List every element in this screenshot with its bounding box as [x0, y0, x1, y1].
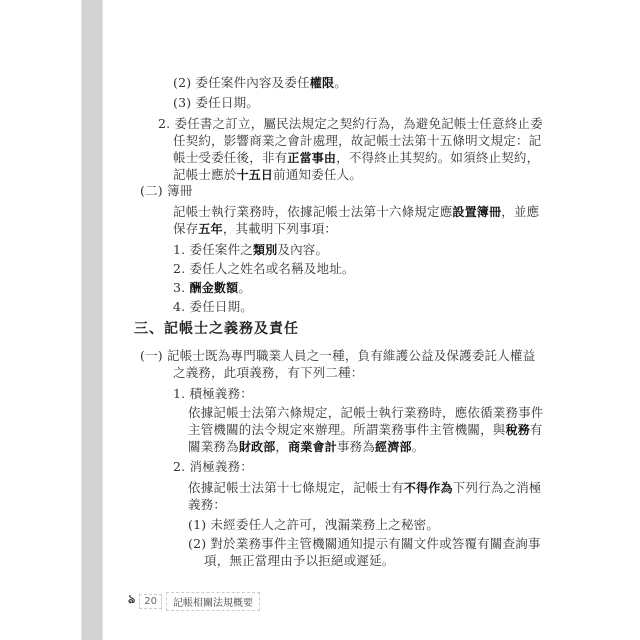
- negative-duty-item-2a: (2) 對於業務事件主管機關通知提示有關文件或答覆有關查詢事: [188, 535, 541, 552]
- body-text: 之義務，此項義務，有下列二種：: [173, 365, 364, 380]
- positive-duty-3: 關業務為財政部，商業會計事務為經濟部。: [188, 438, 424, 456]
- page-gutter: [81, 0, 103, 640]
- body-text: 保存: [173, 221, 198, 236]
- emphasis-text: 設置簿冊: [452, 205, 501, 219]
- body-text: (3) 委任日期。: [173, 95, 259, 110]
- negative-duty-item-2b: 項，無正當理由予以拒絕或遲延。: [204, 552, 395, 569]
- body-text: 。: [238, 280, 251, 295]
- body-text: 依據記帳士法第六條規定，記帳士執行業務時，應依循業務事件: [188, 405, 544, 420]
- body-text: 義務：: [188, 497, 226, 512]
- negative-duty-1: 依據記帳士法第十七條規定，記帳士有不得作為下列行為之消極: [188, 479, 542, 497]
- body-text: (二) 簿冊: [140, 183, 192, 198]
- body-text: 2. 委任人之姓名或名稱及地址。: [173, 261, 355, 276]
- item-scope: (2) 委任案件內容及委任權限。: [173, 74, 347, 92]
- emphasis-text: 財政部: [239, 440, 276, 454]
- positive-duty-1: 依據記帳士法第六條規定，記帳士執行業務時，應依循業務事件: [188, 404, 544, 421]
- body-text: (2) 對於業務事件主管機關通知提示有關文件或答覆有關查詢事: [188, 536, 541, 551]
- item-date: (3) 委任日期。: [173, 94, 259, 111]
- books-item-1: 1. 委任案件之類別及內容。: [173, 241, 328, 259]
- body-text: ，並應: [501, 204, 539, 219]
- emphasis-text: 經濟部: [375, 440, 412, 454]
- paragraph-duties-1: (一) 記帳士既為專門職業人員之一種，負有維護公益及保護委託人權益: [140, 347, 535, 364]
- body-text: 1. 積極義務：: [173, 386, 253, 401]
- body-text: 及內容。: [277, 242, 328, 257]
- emphasis-text: 類別: [253, 243, 277, 257]
- page-number: 20: [139, 594, 162, 609]
- body-text: 記帳士應於: [173, 167, 237, 182]
- body-text: 3.: [173, 280, 190, 295]
- body-text: 三、記帳士之義務及責任: [134, 321, 299, 337]
- paragraph-books-1: 記帳士執行業務時，依據記帳士法第十六條規定應設置簿冊，並應: [173, 203, 539, 221]
- emphasis-text: 稅務: [506, 423, 530, 437]
- book-logo-icon: ঌ: [128, 591, 135, 611]
- body-text: ，其載明下列事項：: [223, 221, 337, 236]
- body-text: 記帳士執行業務時，依據記帳士法第十六條規定應: [173, 204, 452, 219]
- negative-duty-title: 2. 消極義務：: [173, 458, 253, 475]
- positive-duty-title: 1. 積極義務：: [173, 385, 253, 402]
- paragraph-contract-1: 2. 委任書之訂立，屬民法規定之契約行為，為避免記帳士任意終止委: [158, 115, 543, 132]
- negative-duty-2: 義務：: [188, 496, 226, 513]
- emphasis-text: 商業會計: [288, 440, 337, 454]
- body-text: 有: [530, 422, 543, 437]
- subsection-books-title: (二) 簿冊: [140, 182, 192, 199]
- body-text: 1. 委任案件之: [173, 242, 253, 257]
- body-text: (2) 委任案件內容及委任: [173, 75, 310, 90]
- books-item-4: 4. 委任日期。: [173, 298, 253, 315]
- paragraph-books-2: 保存五年，其載明下列事項：: [173, 220, 337, 238]
- section-heading-duties: 三、記帳士之義務及責任: [134, 321, 299, 338]
- paragraph-contract-4: 記帳士應於十五日前通知委任人。: [173, 166, 362, 184]
- emphasis-text: 五年: [198, 222, 222, 236]
- negative-duty-item-1: (1) 未經委任人之許可，洩漏業務上之秘密。: [188, 516, 439, 533]
- body-text: 4. 委任日期。: [173, 299, 253, 314]
- emphasis-text: 正當事由: [287, 151, 336, 165]
- body-text: ，不得終止其契約。如須終止契約，: [336, 150, 539, 165]
- body-text: 帳士受委任後，非有: [173, 150, 287, 165]
- paragraph-duties-2: 之義務，此項義務，有下列二種：: [173, 364, 364, 381]
- paragraph-contract-2: 任契約，影響商業之會計處理，故記帳士法第十五條明文規定：記: [173, 132, 541, 149]
- emphasis-text: 不得作為: [404, 481, 453, 495]
- body-text: 事務為: [337, 439, 375, 454]
- body-text: 前通知委任人。: [273, 167, 362, 182]
- positive-duty-2: 主管機關的法令規定來辦理。所謂業務事件主管機關，與稅務有: [188, 421, 543, 439]
- body-text: 下列行為之消極: [453, 480, 542, 495]
- paragraph-contract-3: 帳士受委任後，非有正當事由，不得終止其契約。如須終止契約，: [173, 149, 539, 167]
- body-text: 任契約，影響商業之會計處理，故記帳士法第十五條明文規定：記: [173, 133, 541, 148]
- body-text: (一) 記帳士既為專門職業人員之一種，負有維護公益及保護委託人權益: [140, 348, 535, 363]
- emphasis-text: 酬金數額: [190, 281, 239, 295]
- emphasis-text: 權限: [310, 76, 334, 90]
- books-item-2: 2. 委任人之姓名或名稱及地址。: [173, 260, 355, 277]
- body-text: (1) 未經委任人之許可，洩漏業務上之秘密。: [188, 517, 439, 532]
- body-text: ，: [275, 439, 288, 454]
- running-title: 記帳相關法規概要: [166, 592, 260, 611]
- body-text: 2. 委任書之訂立，屬民法規定之契約行為，為避免記帳士任意終止委: [158, 116, 543, 131]
- body-text: 依據記帳士法第十七條規定，記帳士有: [188, 480, 404, 495]
- emphasis-text: 十五日: [237, 168, 274, 182]
- body-text: 關業務為: [188, 439, 239, 454]
- body-text: 。: [334, 75, 347, 90]
- books-item-3: 3. 酬金數額。: [173, 279, 251, 297]
- body-text: 2. 消極義務：: [173, 459, 253, 474]
- body-text: 主管機關的法令規定來辦理。所謂業務事件主管機關，與: [188, 422, 506, 437]
- page-footer: ঌ 20 記帳相關法規概要: [128, 592, 260, 610]
- body-text: 項，無正當理由予以拒絕或遲延。: [204, 553, 395, 568]
- body-text: 。: [412, 439, 425, 454]
